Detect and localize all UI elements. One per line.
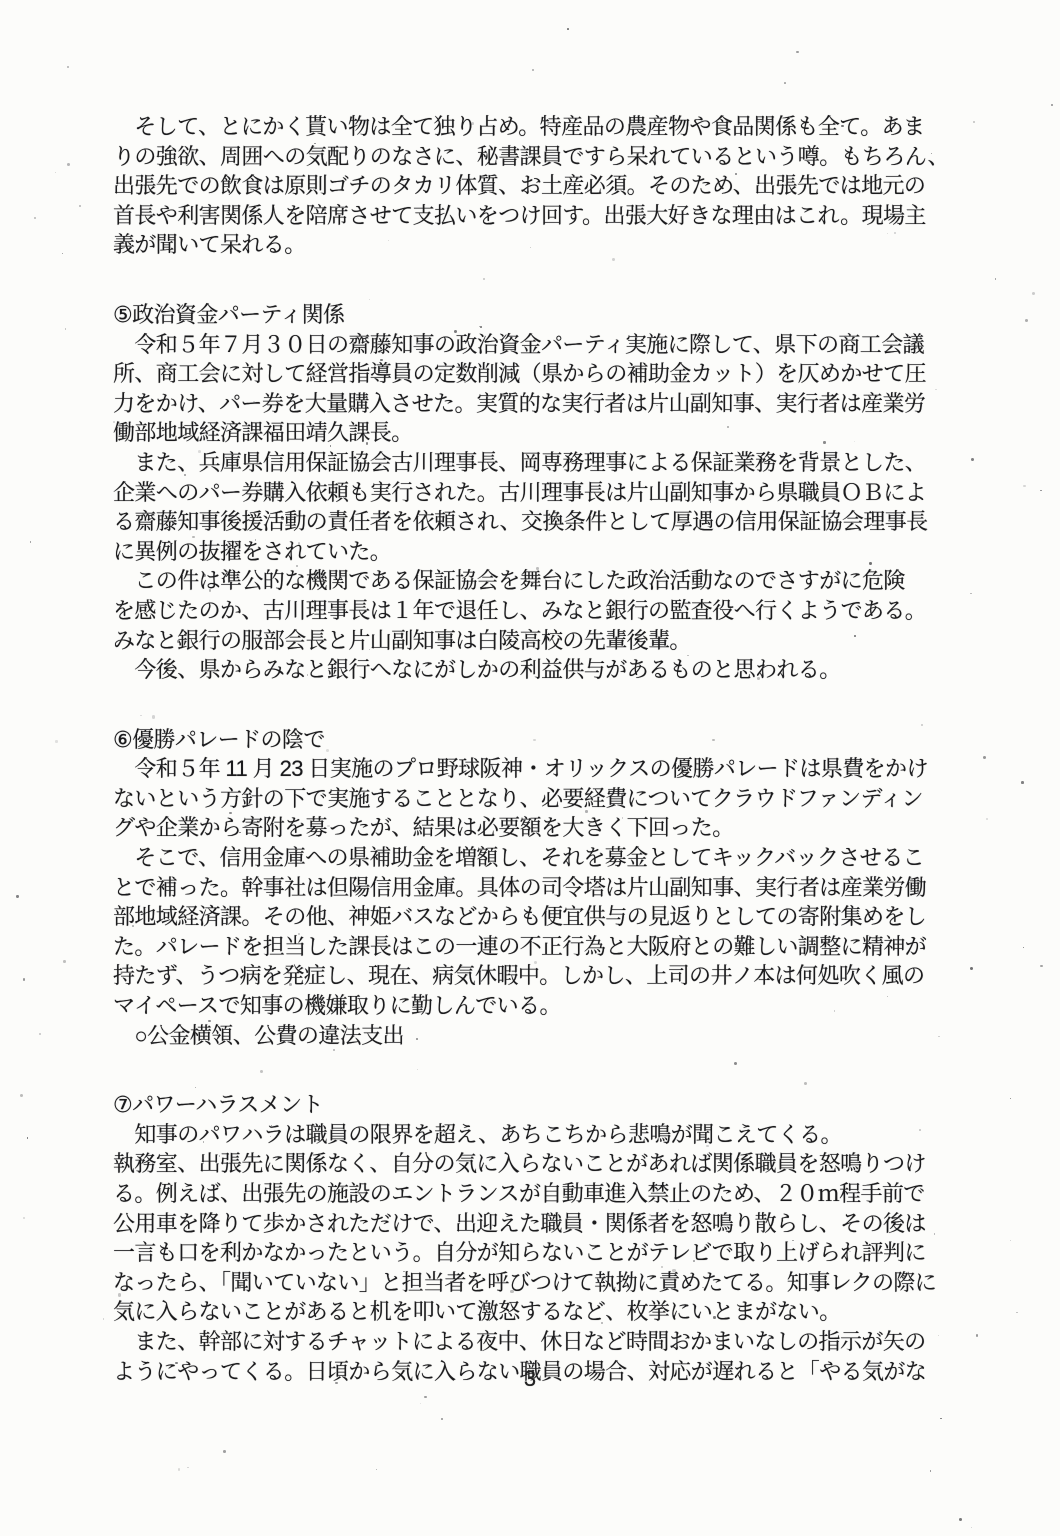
noise-speck bbox=[976, 1334, 978, 1336]
text-line: た。パレードを担当した課長はこの一連の不正行為と大阪府との難しい調整に精神が bbox=[113, 932, 963, 962]
paragraph-block: 令和５年７月３０日の齋藤知事の政治資金パーティ実施に際して、県下の商工会議所、商… bbox=[113, 330, 963, 685]
noise-speck bbox=[532, 69, 534, 71]
noise-speck bbox=[55, 172, 56, 173]
noise-speck bbox=[34, 217, 36, 219]
noise-speck bbox=[930, 1470, 931, 1471]
noise-speck bbox=[1021, 781, 1024, 784]
text-line: ○公金横領、公費の違法支出 bbox=[113, 1021, 963, 1051]
noise-speck bbox=[23, 1217, 25, 1219]
section-heading: ⑤政治資金パーティ関係 bbox=[113, 300, 963, 330]
noise-speck bbox=[1023, 947, 1024, 948]
noise-speck bbox=[567, 28, 569, 30]
noise-speck bbox=[784, 82, 786, 84]
text-line: 一言も口を利かなかったという。自分が知らないことがテレビで取り上げられ評判に bbox=[113, 1238, 963, 1268]
noise-speck bbox=[20, 1094, 23, 1097]
text-line: グや企業から寄附を募ったが、結果は必要額を大きく下回った。 bbox=[113, 813, 963, 843]
noise-speck bbox=[39, 1033, 41, 1035]
paragraph-block: そして、とにかく貰い物は全て独り占め。特産品の農産物や食品関係も全て。あまりの強… bbox=[113, 112, 963, 260]
noise-speck bbox=[1016, 1312, 1018, 1314]
text-line: 力をかけ、パー券を大量購入させた。実質的な実行者は片山副知事、実行者は産業労 bbox=[113, 389, 963, 419]
text-line: とで補った。幹事社は但陽信用金庫。具体の司令塔は片山副知事、実行者は産業労働 bbox=[113, 873, 963, 903]
noise-speck bbox=[986, 818, 988, 820]
text-line: 今後、県からみなと銀行へなにがしかの利益供与があるものと思われる。 bbox=[113, 655, 963, 685]
noise-speck bbox=[441, 1418, 443, 1420]
noise-speck bbox=[1040, 490, 1042, 492]
noise-speck bbox=[79, 205, 81, 207]
text-line: また、兵庫県信用保証協会古川理事長、岡専務理事による保証業務を背景とした、 bbox=[113, 448, 963, 478]
text-line: 公用車を降りて歩かされただけで、出迎えた職員・関係者を怒鳴り散らし、その後は bbox=[113, 1209, 963, 1239]
noise-speck bbox=[376, 1469, 377, 1470]
noise-speck bbox=[178, 1468, 181, 1471]
text-line: る齋藤知事後援活動の責任者を依頼され、交換条件として厚遇の信用保証協会理事長 bbox=[113, 507, 963, 537]
noise-speck bbox=[103, 1318, 104, 1319]
text-line: ⑦パワーハラスメント bbox=[113, 1090, 963, 1120]
noise-speck bbox=[16, 895, 18, 897]
noise-speck bbox=[970, 593, 972, 595]
text-line: 義が聞いて呆れる。 bbox=[113, 230, 963, 260]
noise-speck bbox=[420, 1403, 421, 1404]
text-line: 出張先での飲食は原則ゴチのタカリ体質、お土産必須。そのため、出張先では地元の bbox=[113, 171, 963, 201]
text-line: る。例えば、出張先の施設のエントランスが自動車進入禁止のため、２０ｍ程手前で bbox=[113, 1179, 963, 1209]
section-heading: ⑦パワーハラスメント bbox=[113, 1090, 963, 1120]
noise-speck bbox=[65, 328, 67, 330]
noise-speck bbox=[30, 541, 31, 542]
noise-speck bbox=[424, 1396, 427, 1399]
text-line: みなと銀行の服部会長と片山副知事は白陵高校の先輩後輩。 bbox=[113, 626, 963, 656]
noise-speck bbox=[63, 960, 66, 963]
noise-speck bbox=[187, 1467, 189, 1469]
noise-speck bbox=[1023, 485, 1026, 488]
text-line: そこで、信用金庫への県補助金を増額し、それを募金としてキックバックさせるこ bbox=[113, 843, 963, 873]
noise-speck bbox=[1051, 104, 1053, 106]
noise-speck bbox=[973, 121, 975, 123]
noise-speck bbox=[27, 1137, 29, 1139]
noise-speck bbox=[940, 1418, 942, 1420]
text-line: ⑥優勝パレードの陰で bbox=[113, 725, 963, 755]
paragraph-block: 令和５年 11 月 23 日実施のプロ野球阪神・オリックスの優勝パレードは県費を… bbox=[113, 754, 963, 1050]
noise-speck bbox=[971, 458, 974, 461]
text-line: 令和５年７月３０日の齋藤知事の政治資金パーティ実施に際して、県下の商工会議 bbox=[113, 330, 963, 360]
text-line: ないという方針の下で実施することとなり、必要経費についてクラウドファンディン bbox=[113, 784, 963, 814]
text-line: 執務室、出張先に関係なく、自分の気に入らないことがあれば関係職員を怒鳴りつけ bbox=[113, 1149, 963, 1179]
noise-speck bbox=[970, 967, 973, 970]
text-line: 持たず、うつ病を発症し、現在、病気休暇中。しかし、上司の井ノ本は何処吹く風の bbox=[113, 961, 963, 991]
noise-speck bbox=[67, 66, 69, 68]
noise-speck bbox=[23, 978, 25, 980]
text-line: ⑤政治資金パーティ関係 bbox=[113, 300, 963, 330]
text-line: 部地域経済課。その他、神姫バスなどからも便宜供与の見返りとしての寄附集めをし bbox=[113, 902, 963, 932]
text-line: 令和５年 11 月 23 日実施のプロ野球阪神・オリックスの優勝パレードは県費を… bbox=[113, 754, 963, 784]
noise-speck bbox=[55, 740, 57, 742]
text-line: 首長や利害関係人を陪席させて支払いをつけ回す。出張大好きな理由はこれ。現場主 bbox=[113, 201, 963, 231]
page-number: 3 bbox=[10, 1366, 1050, 1392]
noise-speck bbox=[1010, 1098, 1011, 1099]
noise-speck bbox=[1032, 292, 1035, 295]
text-line: 気に入らないことがあると机を叩いて激怒するなど、枚挙にいとまがない。 bbox=[113, 1297, 963, 1327]
noise-speck bbox=[67, 163, 70, 166]
text-line: に異例の抜擢をされていた。 bbox=[113, 537, 963, 567]
noise-speck bbox=[995, 278, 996, 279]
scanned-page: そして、とにかく貰い物は全て独り占め。特産品の農産物や食品関係も全て。あまりの強… bbox=[0, 0, 1060, 1536]
noise-speck bbox=[959, 1518, 962, 1521]
noise-speck bbox=[1010, 1240, 1011, 1241]
text-line: 働部地域経済課福田靖久課長。 bbox=[113, 418, 963, 448]
text-line: この件は準公的な機関である保証協会を舞台にした政治活動なのでさすがに危険 bbox=[113, 566, 963, 596]
noise-speck bbox=[62, 253, 63, 254]
document-body: そして、とにかく貰い物は全て独り占め。特産品の農産物や食品関係も全て。あまりの強… bbox=[113, 112, 963, 1386]
noise-speck bbox=[983, 756, 986, 759]
text-line: 企業へのパー券購入依頼も実行された。古川理事長は片山副知事から県職員ＯＢによ bbox=[113, 478, 963, 508]
text-line: 所、商工会に対して経営指導員の定数削減（県からの補助金カット）を仄めかせて圧 bbox=[113, 359, 963, 389]
noise-speck bbox=[223, 1450, 226, 1453]
noise-speck bbox=[971, 1527, 972, 1528]
text-line: なったら、「聞いていない」と担当者を呼びつけて執拗に責めたてる。知事レクの際に bbox=[113, 1268, 963, 1298]
text-line: りの強欲、周囲への気配りのなさに、秘書課員ですら呆れているという噂。もちろん、 bbox=[113, 142, 963, 172]
text-line: マイペースで知事の機嫌取りに勤しんでいる。 bbox=[113, 991, 963, 1021]
noise-speck bbox=[1025, 319, 1028, 322]
noise-speck bbox=[796, 51, 798, 53]
text-line: そして、とにかく貰い物は全て独り占め。特産品の農産物や食品関係も全て。あま bbox=[113, 112, 963, 142]
paragraph-block: 知事のパワハラは職員の限界を超え、あちこちから悲鳴が聞こえてくる。執務室、出張先… bbox=[113, 1120, 963, 1386]
text-line: を感じたのか、古川理事長は１年で退任し、みなと銀行の監査役へ行くようである。 bbox=[113, 596, 963, 626]
text-line: 知事のパワハラは職員の限界を超え、あちこちから悲鳴が聞こえてくる。 bbox=[113, 1120, 963, 1150]
noise-speck bbox=[1040, 965, 1042, 967]
section-heading: ⑥優勝パレードの陰で bbox=[113, 725, 963, 755]
text-line: また、幹部に対するチャットによる夜中、休日など時間おかまいなしの指示が矢の bbox=[113, 1327, 963, 1357]
